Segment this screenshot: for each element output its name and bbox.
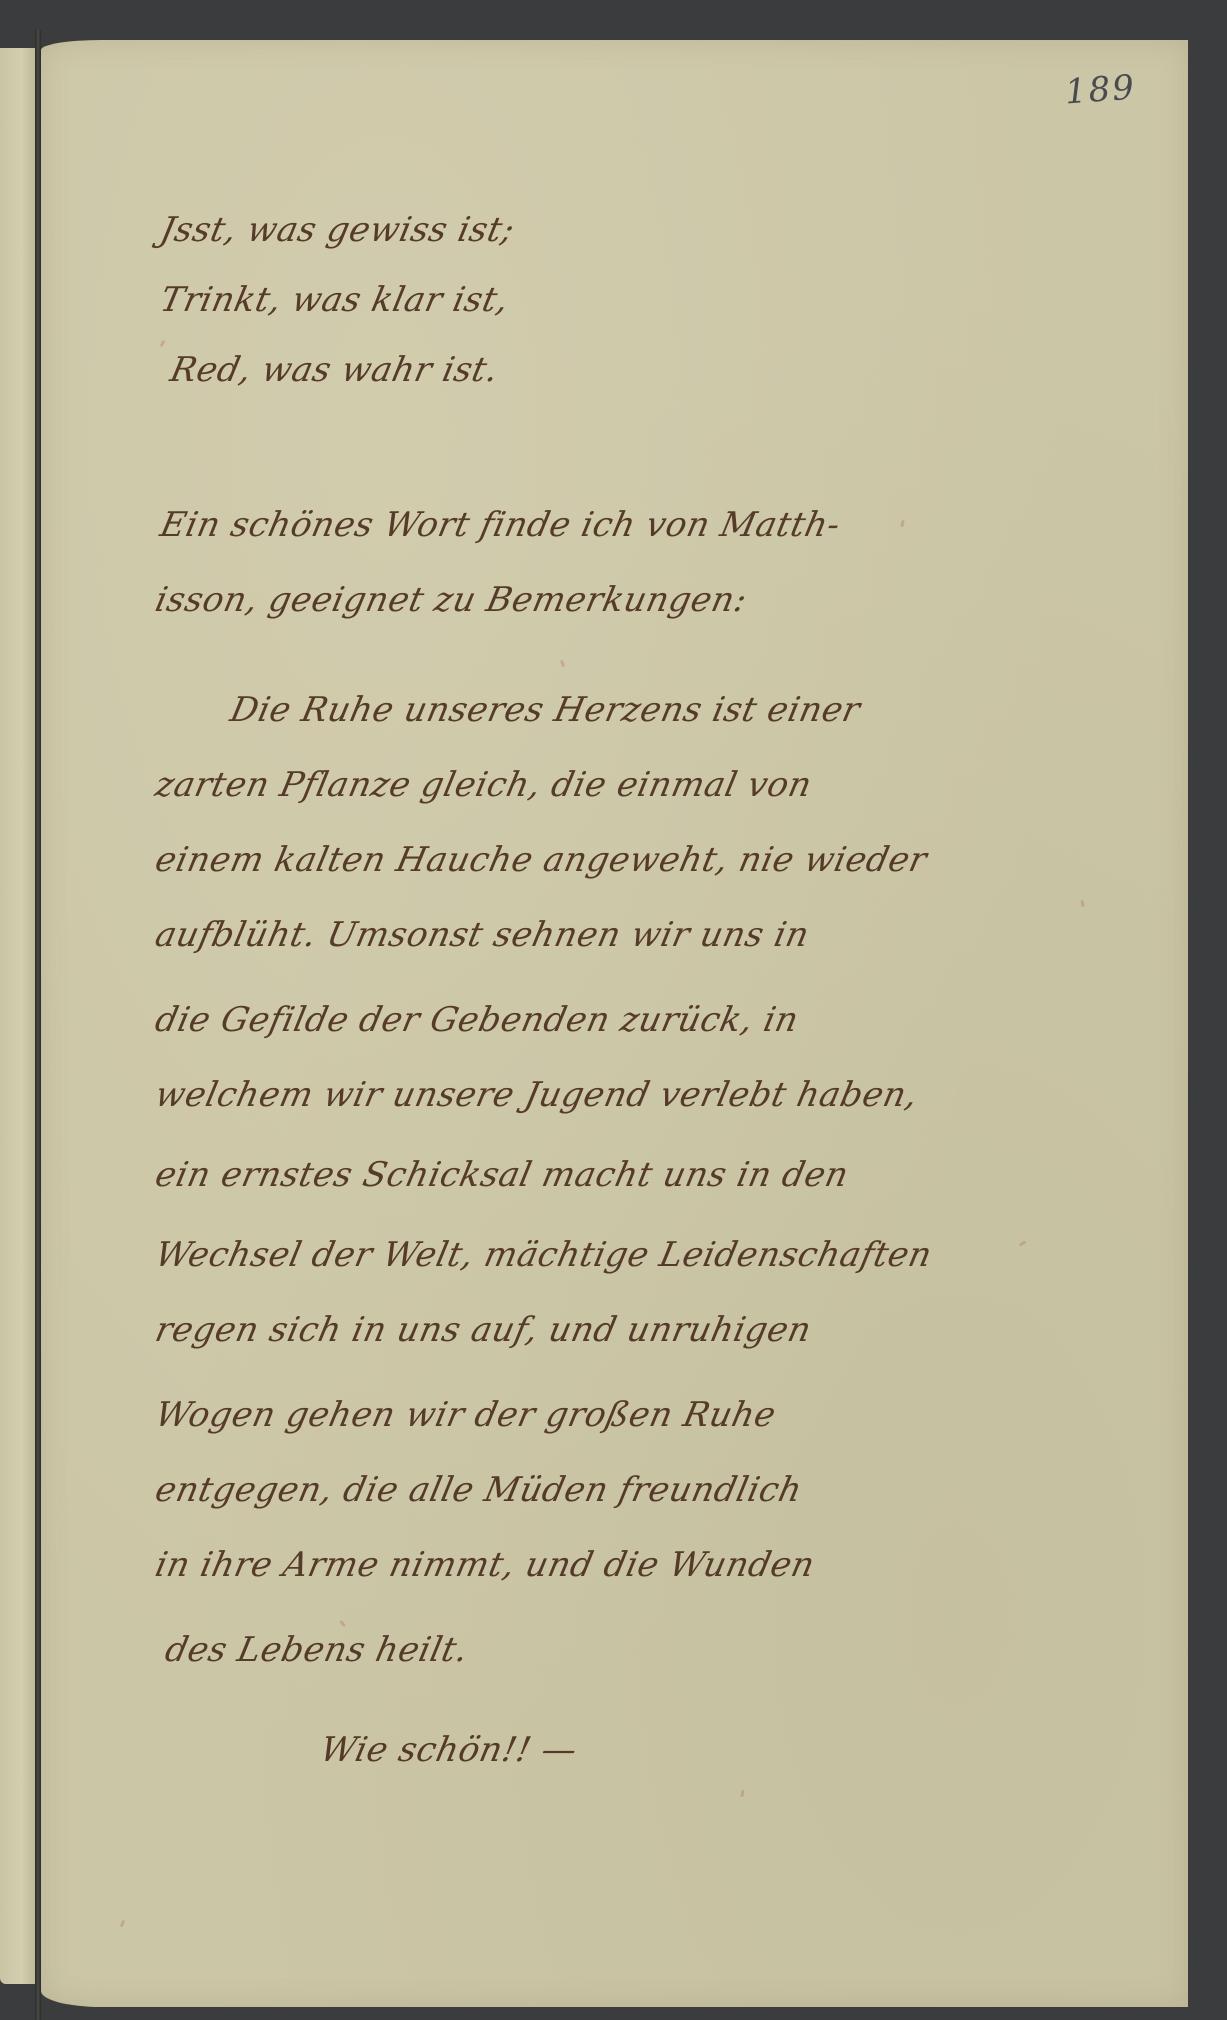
text-line: zarten Pflanze gleich, die einmal von xyxy=(152,765,816,805)
text-line: Jsst, was gewiss ist; xyxy=(157,210,518,250)
text-line: Wechsel der Welt, mächtige Leidenschafte… xyxy=(152,1235,936,1275)
text-line: entgegen, die alle Müden freundlich xyxy=(152,1470,806,1510)
paper-fleck xyxy=(120,1920,126,1928)
text-line: welchem wir unsere Jugend verlebt haben, xyxy=(152,1075,922,1115)
paper-fleck xyxy=(159,340,165,348)
text-line: Wogen gehen wir der großen Ruhe xyxy=(152,1395,780,1435)
paper-fleck xyxy=(900,520,905,528)
paper-fleck xyxy=(560,660,565,668)
adjacent-page-edge xyxy=(0,48,36,1984)
manuscript-page: 189 Jsst, was gewiss ist; Trinkt, was kl… xyxy=(41,40,1188,2007)
text-line: regen sich in uns auf, und unruhigen xyxy=(152,1310,815,1350)
folio-number: 189 xyxy=(1064,68,1138,113)
text-line: Ein schönes Wort finde ich von Matth- xyxy=(157,505,844,545)
text-line: aufblüht. Umsonst sehnen wir uns in xyxy=(152,915,813,955)
text-line: Wie schön!! — xyxy=(317,1730,581,1770)
text-line: isson, geeignet zu Bemerkungen: xyxy=(152,580,751,620)
text-line: einem kalten Hauche angeweht, nie wieder xyxy=(152,840,931,880)
text-line: Die Ruhe unseres Herzens ist einer xyxy=(227,690,864,730)
manuscript-scan: 189 Jsst, was gewiss ist; Trinkt, was kl… xyxy=(0,0,1227,2020)
text-line: Red, was wahr ist. xyxy=(167,350,502,390)
paper-fleck xyxy=(1080,900,1084,907)
paper-fleck xyxy=(740,1790,744,1797)
paper-fleck xyxy=(339,1620,346,1627)
text-line: Trinkt, was klar ist, xyxy=(157,280,513,320)
paper-fleck xyxy=(1019,1240,1027,1246)
text-line: in ihre Arme nimmt, und die Wunden xyxy=(152,1545,819,1585)
text-line: ein ernstes Schicksal macht uns in den xyxy=(152,1155,852,1195)
text-line: die Gefilde der Gebenden zurück, in xyxy=(152,1000,802,1040)
text-line: des Lebens heilt. xyxy=(162,1630,472,1670)
